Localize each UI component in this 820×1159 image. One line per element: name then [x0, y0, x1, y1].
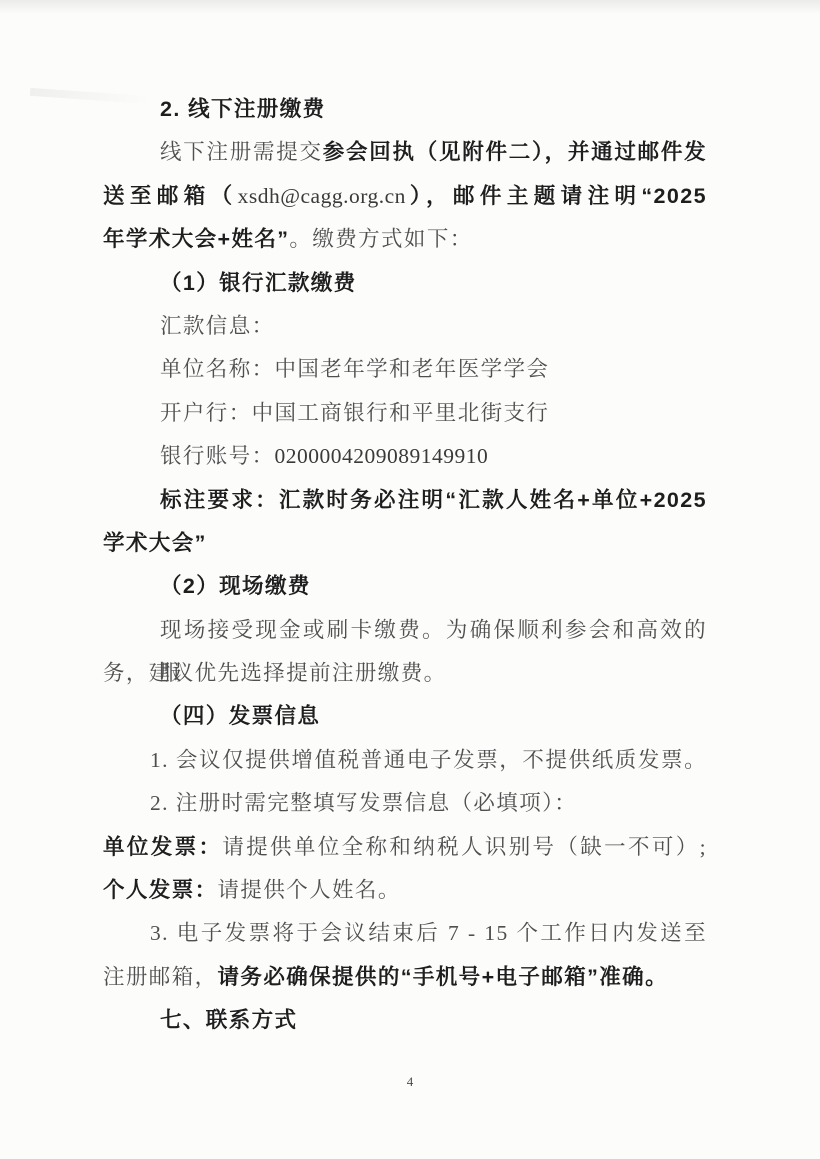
- text-line: 现场接受现金或刷卡缴费。为确保顺利参会和高效的服: [103, 609, 707, 652]
- bold-text-segment: 送至邮箱（: [103, 184, 238, 208]
- bold-text-segment: 标注要求：汇款时务必注明“汇款人姓名+单位+2025: [160, 488, 707, 512]
- regular-text-segment: 汇款信息：: [160, 314, 275, 338]
- regular-text-segment: 务，建议优先选择提前注册缴费。: [103, 661, 447, 685]
- scan-edge-shading: [0, 0, 820, 14]
- text-line: 汇款信息：: [103, 305, 707, 348]
- regular-text-segment: 注册邮箱，: [103, 965, 218, 989]
- text-line: 年学术大会+姓名”。缴费方式如下：: [103, 218, 707, 261]
- text-line: （2）现场缴费: [103, 565, 707, 608]
- latin-text-segment: 0200004209089149910: [275, 444, 489, 468]
- bold-text-segment: 年学术大会+姓名”: [103, 227, 289, 251]
- text-line: （四）发票信息: [103, 695, 707, 738]
- text-line: 单位发票：请提供单位全称和纳税人识别号（缺一不可）;: [103, 826, 707, 869]
- bold-text-segment: （2）现场缴费: [160, 574, 311, 598]
- latin-text-segment: xsdh@cagg.org.cn: [238, 184, 406, 208]
- regular-text-segment: 开户行：中国工商银行和平里北街支行: [160, 401, 549, 425]
- text-line: 学术大会”: [103, 522, 707, 565]
- regular-text-segment: 。缴费方式如下：: [289, 227, 472, 251]
- text-line: 2. 线下注册缴费: [103, 88, 707, 131]
- bold-text-segment: 2. 线下注册缴费: [160, 97, 326, 121]
- bold-text-segment: 个人发票：: [103, 878, 218, 902]
- text-line: 线下注册需提交参会回执（见附件二），并通过邮件发: [103, 131, 707, 174]
- page-number: 4: [407, 1074, 414, 1089]
- bold-text-segment: （四）发票信息: [160, 704, 320, 728]
- text-line: 标注要求：汇款时务必注明“汇款人姓名+单位+2025: [103, 479, 707, 522]
- page-footer: 4: [0, 1074, 820, 1090]
- regular-text-segment: 线下注册需提交: [160, 140, 323, 164]
- text-line: 1. 会议仅提供增值税普通电子发票，不提供纸质发票。: [103, 739, 707, 782]
- regular-text-segment: 单位名称：中国老年学和老年医学学会: [160, 357, 549, 381]
- text-line: 银行账号：0200004209089149910: [103, 435, 707, 478]
- document-lines: 2. 线下注册缴费线下注册需提交参会回执（见附件二），并通过邮件发送至邮箱（xs…: [103, 88, 707, 1043]
- regular-text-segment: 1. 会议仅提供增值税普通电子发票，不提供纸质发票。: [150, 748, 707, 772]
- text-line: 3. 电子发票将于会议结束后 7 - 15 个工作日内发送至: [103, 912, 707, 955]
- regular-text-segment: 银行账号：: [160, 444, 275, 468]
- text-line: 单位名称：中国老年学和老年医学学会: [103, 348, 707, 391]
- bold-text-segment: 单位发票：: [103, 835, 222, 859]
- text-line: 送至邮箱（xsdh@cagg.org.cn），邮件主题请注明“2025: [103, 175, 707, 218]
- document-page: 2. 线下注册缴费线下注册需提交参会回执（见附件二），并通过邮件发送至邮箱（xs…: [0, 0, 820, 1159]
- regular-text-segment: 2. 注册时需完整填写发票信息（必填项）：: [150, 791, 577, 815]
- text-line: 开户行：中国工商银行和平里北街支行: [103, 392, 707, 435]
- text-line: 务，建议优先选择提前注册缴费。: [103, 652, 707, 695]
- text-line: 2. 注册时需完整填写发票信息（必填项）：: [103, 782, 707, 825]
- regular-text-segment: 3. 电子发票将于会议结束后 7 - 15 个工作日内发送至: [150, 921, 707, 945]
- bold-text-segment: 请务必确保提供的“手机号+电子邮箱”准确。: [218, 965, 668, 989]
- text-line: 七、联系方式: [103, 999, 707, 1042]
- text-line: （1）银行汇款缴费: [103, 262, 707, 305]
- bold-text-segment: 参会回执（见附件二），并通过邮件发: [323, 140, 707, 164]
- bold-text-segment: （1）银行汇款缴费: [160, 271, 357, 295]
- regular-text-segment: 请提供个人姓名。: [218, 878, 401, 902]
- bold-text-segment: ），邮件主题请注明“2025: [406, 184, 707, 208]
- text-line: 个人发票：请提供个人姓名。: [103, 869, 707, 912]
- regular-text-segment: 请提供单位全称和纳税人识别号（缺一不可）;: [222, 835, 707, 859]
- bold-text-segment: 七、联系方式: [160, 1008, 297, 1032]
- bold-text-segment: 学术大会”: [103, 531, 207, 555]
- text-line: 注册邮箱，请务必确保提供的“手机号+电子邮箱”准确。: [103, 956, 707, 999]
